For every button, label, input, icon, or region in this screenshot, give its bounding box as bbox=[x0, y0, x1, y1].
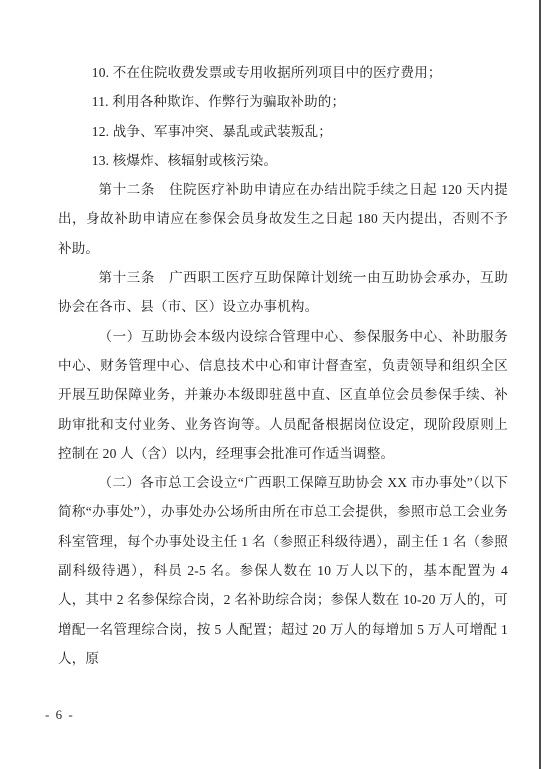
exclusion-item-11: 11. 利用各种欺诈、作弊行为骗取补助的； bbox=[58, 87, 508, 116]
page-edge-line bbox=[539, 0, 541, 769]
clause-13-item-1-paragraph: （一）互助协会本级内设综合管理中心、参保服务中心、补助服务中心、财务管理中心、信… bbox=[58, 322, 508, 468]
document-page: 10. 不在住院收费发票或专用收据所列项目中的医疗费用； 11. 利用各种欺诈、… bbox=[0, 0, 546, 769]
clause-13-item-2-paragraph: （二）各市总工会设立“广西职工保障互助协会 XX 市办事处”（以下简称“办事处”… bbox=[58, 468, 508, 673]
exclusion-item-13: 13. 核爆炸、核辐射或核污染。 bbox=[58, 146, 508, 175]
clause-12-paragraph: 第十二条 住院医疗补助申请应在办结出院手续之日起 120 天内提出，身故补助申请… bbox=[58, 175, 508, 263]
page-number: - 6 - bbox=[45, 707, 74, 723]
exclusion-item-10: 10. 不在住院收费发票或专用收据所列项目中的医疗费用； bbox=[58, 58, 508, 87]
exclusion-item-12: 12. 战争、军事冲突、暴乱或武装叛乱； bbox=[58, 117, 508, 146]
clause-13-paragraph: 第十三条 广西职工医疗互助保障计划统一由互助协会承办，互助协会在各市、县（市、区… bbox=[58, 263, 508, 322]
document-body: 10. 不在住院收费发票或专用收据所列项目中的医疗费用； 11. 利用各种欺诈、… bbox=[58, 58, 508, 673]
